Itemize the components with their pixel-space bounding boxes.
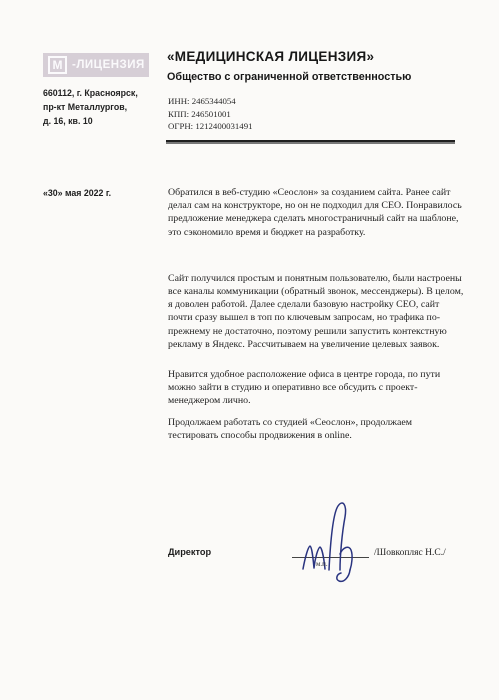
company-address: 660112, г. Красноярск, пр-кт Металлургов… [43, 86, 138, 129]
company-registration: ИНН: 2465344054 КПП: 246501001 ОГРН: 121… [168, 95, 253, 133]
paragraph: Обратился в веб-студию «Сеослон» за созд… [168, 186, 490, 239]
reg-kpp: КПП: 246501001 [168, 108, 253, 121]
signature-stroke [340, 547, 352, 570]
signature-stroke [329, 503, 346, 570]
org-title: «МЕДИЦИНСКАЯ ЛИЦЕНЗИЯ» [167, 49, 374, 64]
company-logo-badge: М -ЛИЦЕНЗИЯ [43, 53, 149, 77]
org-subtitle: Общество с ограниченной ответственностью [167, 71, 411, 83]
signature-ink [299, 498, 361, 584]
signature-stroke [337, 570, 350, 581]
director-label: Директор [168, 547, 211, 557]
address-line: д. 16, кв. 10 [43, 114, 138, 128]
address-line: 660112, г. Красноярск, [43, 86, 138, 100]
stamp-label: м.п. [316, 560, 328, 568]
paragraph: Нравится удобное расположение офиса в це… [168, 368, 490, 408]
logo-m-icon: М [48, 56, 67, 74]
signer-name: /Шовкопляс Н.С./ [374, 548, 446, 558]
paragraph: Продолжаем работать со студией «Сеослон»… [168, 416, 490, 442]
logo-text: -ЛИЦЕНЗИЯ [72, 59, 145, 71]
reg-ogrn: ОГРН: 1212400031491 [168, 120, 253, 133]
letter-date: «30» мая 2022 г. [43, 188, 111, 198]
paragraph: Сайт получился простым и понятным пользо… [168, 272, 490, 351]
header-divider [166, 140, 455, 144]
reg-inn: ИНН: 2465344054 [168, 95, 253, 108]
letter-body: Обратился в веб-студию «Сеослон» за созд… [168, 186, 490, 443]
document-page: М -ЛИЦЕНЗИЯ «МЕДИЦИНСКАЯ ЛИЦЕНЗИЯ» Общес… [0, 0, 499, 700]
address-line: пр-кт Металлургов, [43, 100, 138, 114]
